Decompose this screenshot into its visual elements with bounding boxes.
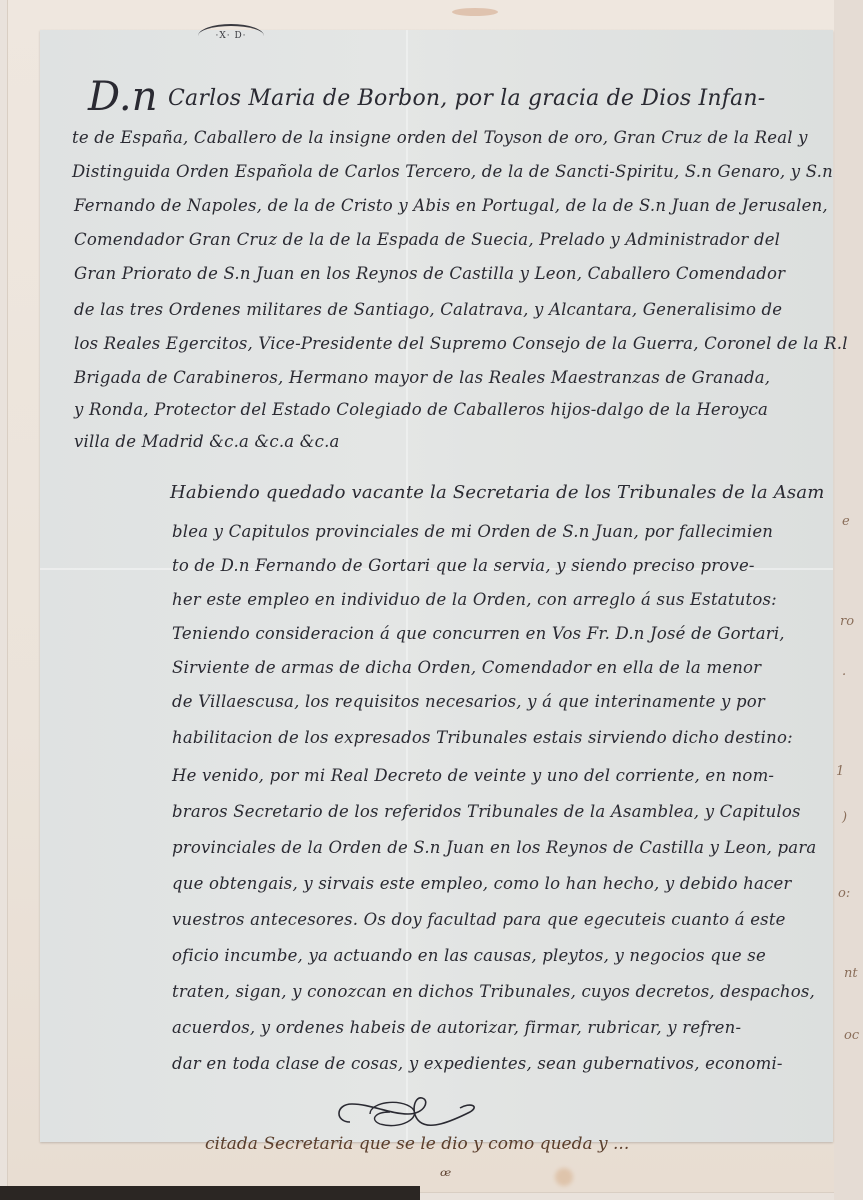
body-line: acuerdos, y ordenes habeis de autorizar,… [172, 1018, 741, 1037]
body-line: provinciales de la Orden de S.n Juan en … [172, 838, 816, 857]
heading-line: villa de Madrid &c.a &c.a &c.a [74, 432, 340, 451]
seal-stamp-fragment: ·X· D· [198, 24, 264, 48]
heading-line: Gran Priorato de S.n Juan en los Reynos … [74, 264, 785, 283]
margin-note: . [842, 664, 846, 679]
body-line: to de D.n Fernando de Gortari que la ser… [172, 556, 755, 575]
margin-note: nt [844, 966, 858, 981]
heading-line: los Reales Egercitos, Vice-Presidente de… [74, 334, 848, 353]
body-line: oficio incumbe, ya actuando en las causa… [172, 946, 766, 965]
table-surface-shadow [0, 1186, 420, 1200]
body-line: dar en toda clase de cosas, y expediente… [172, 1054, 783, 1073]
margin-note: e [842, 514, 850, 529]
heading-line: Comendador Gran Cruz de la de la Espada … [74, 230, 780, 249]
heading-line: Brigada de Carabineros, Hermano mayor de… [74, 368, 770, 387]
body-line: habilitacion de los expresados Tribunale… [172, 728, 793, 747]
water-stain [555, 1168, 573, 1186]
flourish-ornament [330, 1092, 490, 1136]
margin-note: 1 [836, 764, 844, 779]
body-line: Habiendo quedado vacante la Secretaria d… [170, 482, 825, 503]
margin-note: oc [844, 1028, 859, 1043]
margin-note: o: [838, 886, 850, 901]
body-line: Teniendo consideracion á que concurren e… [172, 624, 785, 643]
body-line: braros Secretario de los referidos Tribu… [172, 802, 801, 821]
body-line: de Villaescusa, los requisitos necesario… [172, 692, 765, 711]
underlying-sheet-text: citada Secretaria que se le dio y como q… [205, 1134, 629, 1154]
body-line: her este empleo en individuo de la Orden… [172, 590, 777, 609]
body-line: traten, sigan, y conozcan en dichos Trib… [172, 982, 815, 1001]
margin-note: ro [840, 614, 854, 629]
body-line: vuestros antecesores. Os doy facultad pa… [172, 910, 786, 929]
underlying-sheet-mark: ꟹ [440, 1166, 451, 1187]
heading-line: Distinguida Orden Española de Carlos Ter… [72, 162, 833, 181]
margin-note: ) [842, 810, 847, 825]
body-line: He venido, por mi Real Decreto de veinte… [172, 766, 774, 785]
heading-line: y Ronda, Protector del Estado Colegiado … [74, 400, 768, 419]
heading-line: Carlos Maria de Borbon, por la gracia de… [168, 86, 765, 111]
right-edge-background [834, 0, 863, 1200]
heading-line: te de España, Caballero de la insigne or… [72, 128, 808, 147]
opening-initial: D.n [88, 74, 158, 120]
body-line: que obtengais, y sirvais este empleo, co… [172, 874, 792, 893]
paper-stain [452, 8, 498, 16]
heading-line: Fernando de Napoles, de la de Cristo y A… [74, 196, 828, 215]
body-line: blea y Capitulos provinciales de mi Orde… [172, 522, 773, 541]
heading-line: de las tres Ordenes militares de Santiag… [74, 300, 782, 319]
body-line: Sirviente de armas de dicha Orden, Comen… [172, 658, 761, 677]
